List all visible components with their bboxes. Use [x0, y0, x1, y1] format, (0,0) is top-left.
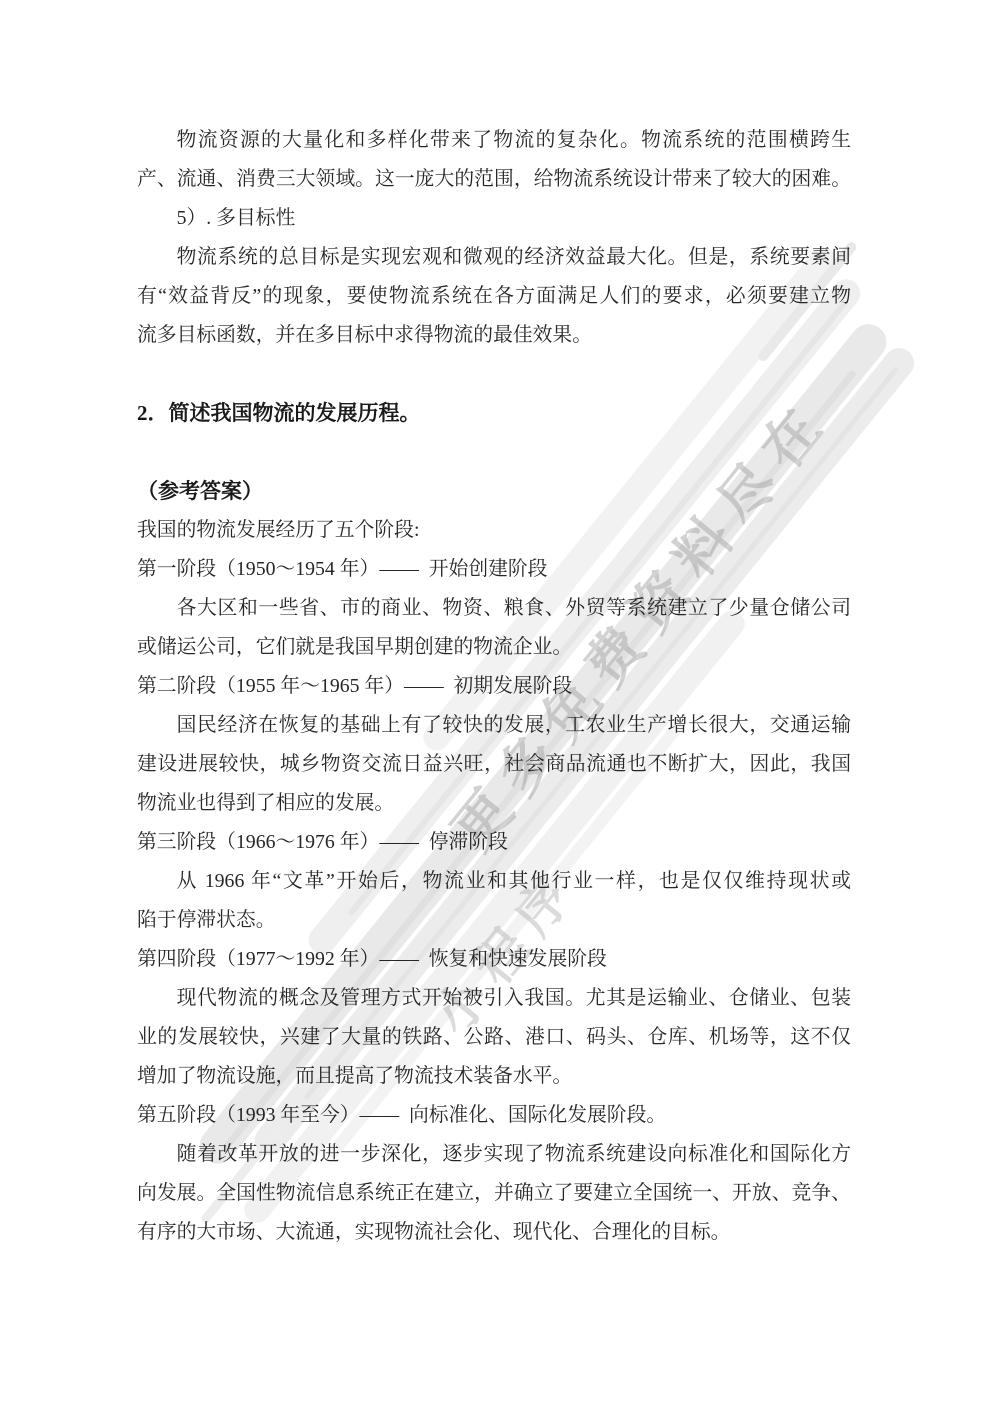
document-body: 物流资源的大量化和多样化带来了物流的复杂化。物流系统的范围横跨生产、流通、消费三… [137, 121, 851, 1252]
text-line: 业的发展较快，兴建了大量的铁路、公路、港口、码头、仓库、机场等，这不仅 [137, 1018, 851, 1057]
text-line: 各大区和一些省、市的商业、物资、粮食、外贸等系统建立了少量仓储公司 [137, 589, 851, 628]
text-line: 国民经济在恢复的基础上有了较快的发展，工农业生产增长很大，交通运输 [137, 706, 851, 745]
text-line: 第二阶段（1955 年～1965 年）—— 初期发展阶段 [137, 667, 851, 706]
text-line: 第五阶段（1993 年至今）—— 向标准化、国际化发展阶段。 [137, 1096, 851, 1135]
text-line: 5）. 多目标性 [137, 199, 851, 238]
text-line: 有序的大市场、大流通，实现物流社会化、现代化、合理化的目标。 [137, 1213, 851, 1252]
text-line: 我国的物流发展经历了五个阶段: [137, 511, 851, 550]
text-line: 陷于停滞状态。 [137, 901, 851, 940]
text-line: 物流系统的总目标是实现宏观和微观的经济效益最大化。但是，系统要素间 [137, 238, 851, 277]
text-line: 物流资源的大量化和多样化带来了物流的复杂化。物流系统的范围横跨生 [137, 121, 851, 160]
text-line: 建设进展较快，城乡物资交流日益兴旺，社会商品流通也不断扩大，因此，我国 [137, 745, 851, 784]
text-line: 流多目标函数，并在多目标中求得物流的最佳效果。 [137, 316, 851, 355]
text-line: 随着改革开放的进一步深化，逐步实现了物流系统建设向标准化和国际化方 [137, 1135, 851, 1174]
text-line: 第三阶段（1966～1976 年）—— 停滞阶段 [137, 823, 851, 862]
text-line: 物流业也得到了相应的发展。 [137, 784, 851, 823]
question-heading: 2．简述我国物流的发展历程。 [137, 394, 851, 433]
answer-heading: （参考答案） [137, 472, 851, 511]
text-line: 产、流通、消费三大领域。这一庞大的范围，给物流系统设计带来了较大的困难。 [137, 160, 851, 199]
text-line: 现代物流的概念及管理方式开始被引入我国。尤其是运输业、仓储业、包装 [137, 979, 851, 1018]
text-line: 向发展。全国性物流信息系统正在建立，并确立了要建立全国统一、开放、竞争、 [137, 1174, 851, 1213]
text-line: 增加了物流设施，而且提高了物流技术装备水平。 [137, 1057, 851, 1096]
document-page: 更多免费资料尽在 小程序 物流资源的大量化和多样化带来了物流的复杂化。物流系统的… [0, 0, 993, 1404]
text-line: 从 1966 年“文革”开始后，物流业和其他行业一样，也是仅仅维持现状或 [137, 862, 851, 901]
text-line: 有“效益背反”的现象，要使物流系统在各方面满足人们的要求，必须要建立物 [137, 277, 851, 316]
text-line: 第一阶段（1950～1954 年）—— 开始创建阶段 [137, 550, 851, 589]
text-line: 第四阶段（1977～1992 年）—— 恢复和快速发展阶段 [137, 940, 851, 979]
text-line: 或储运公司，它们就是我国早期创建的物流企业。 [137, 628, 851, 667]
